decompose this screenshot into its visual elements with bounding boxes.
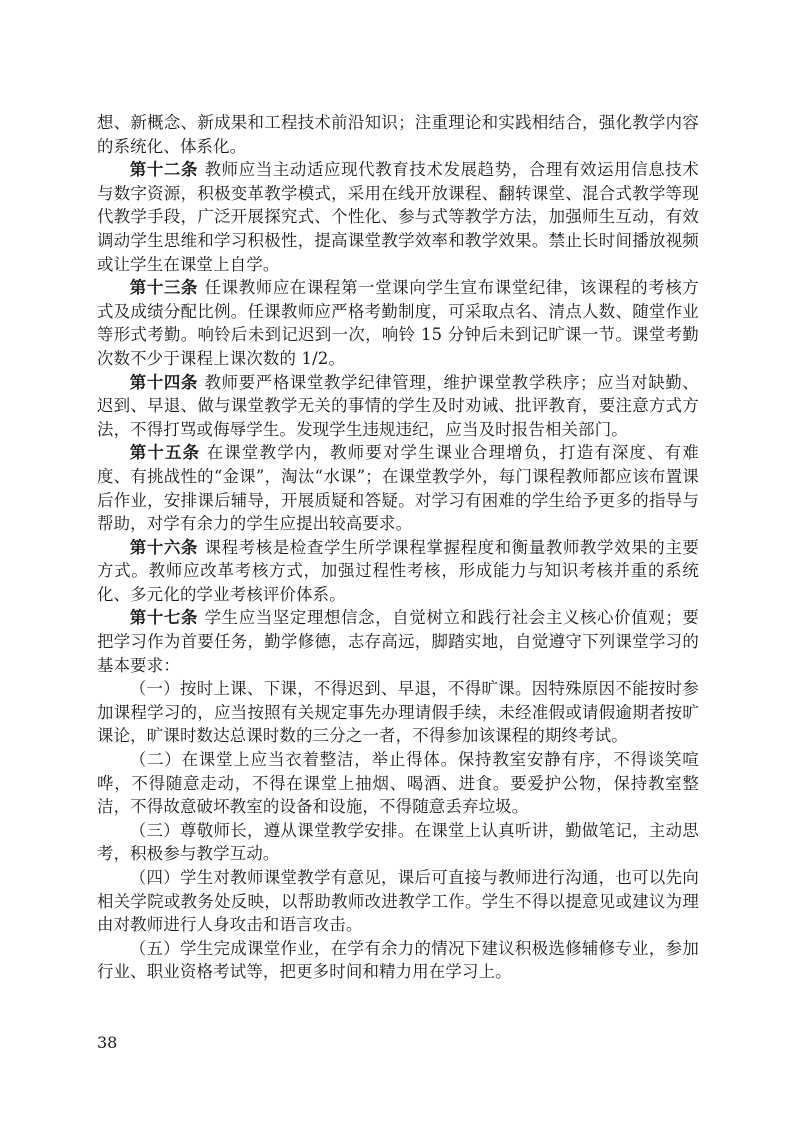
item-text: 学生完成课堂作业，在学有余力的情况下建议积极选修辅修专业，参加行业、职业资格考试… <box>97 939 699 982</box>
article-title: 第十七条 <box>130 608 198 627</box>
item-number: （三） <box>130 821 180 840</box>
item-number: （五） <box>130 939 180 958</box>
article-12: 第十二条教师应当主动适应现代教育技术发展趋势，合理有效运用信息技术与数字资源，积… <box>97 158 699 276</box>
item-number: （一） <box>130 679 180 698</box>
item-number: （四） <box>130 868 180 887</box>
list-item-4: （四）学生对教师课堂教学有意见，课后可直接与教师进行沟通，也可以先向相关学院或教… <box>97 866 699 937</box>
list-item-2: （二）在课堂上应当衣着整洁，举止得体。保持教室安静有序，不得谈笑喧哗，不得随意走… <box>97 748 699 819</box>
item-number: （二） <box>130 750 182 769</box>
item-text: 按时上课、下课，不得迟到、早退，不得旷课。因特殊原因不能按时参加课程学习的，应当… <box>97 679 699 745</box>
article-15: 第十五条在课堂教学内，教师要对学生课业合理增负，打造有深度、有难度、有挑战性的“… <box>97 441 699 535</box>
continuation-paragraph: 想、新概念、新成果和工程技术前沿知识；注重理论和实践相结合，强化教学内容的系统化… <box>97 111 699 158</box>
item-text: 尊敬师长，遵从课堂教学安排。在课堂上认真听讲，勤做笔记，主动思考，积极参与教学互… <box>97 821 699 864</box>
document-page: 想、新概念、新成果和工程技术前沿知识；注重理论和实践相结合，强化教学内容的系统化… <box>97 111 699 984</box>
item-text: 学生对教师课堂教学有意见，课后可直接与教师进行沟通，也可以先向相关学院或教务处反… <box>97 868 699 934</box>
item-text: 在课堂上应当衣着整洁，举止得体。保持教室安静有序，不得谈笑喧哗，不得随意走动，不… <box>97 750 699 816</box>
article-title: 第十五条 <box>130 443 200 462</box>
list-item-3: （三）尊敬师长，遵从课堂教学安排。在课堂上认真听讲，勤做笔记，主动思考，积极参与… <box>97 819 699 866</box>
article-title: 第十四条 <box>130 373 198 392</box>
article-17: 第十七条学生应当坚定理想信念，自觉树立和践行社会主义核心价值观；要把学习作为首要… <box>97 606 699 677</box>
article-14: 第十四条教师要严格课堂教学纪律管理，维护课堂教学秩序；应当对缺勤、迟到、早退、做… <box>97 371 699 442</box>
article-16: 第十六条课程考核是检查学生所学课程掌握程度和衡量教师教学效果的主要方式。教师应改… <box>97 536 699 607</box>
list-item-5: （五）学生完成课堂作业，在学有余力的情况下建议积极选修辅修专业，参加行业、职业资… <box>97 937 699 984</box>
article-title: 第十三条 <box>130 278 198 297</box>
article-title: 第十六条 <box>130 538 198 557</box>
list-item-1: （一）按时上课、下课，不得迟到、早退，不得旷课。因特殊原因不能按时参加课程学习的… <box>97 677 699 748</box>
article-13: 第十三条任课教师应在课程第一堂课向学生宣布课堂纪律，该课程的考核方式及成绩分配比… <box>97 276 699 370</box>
article-title: 第十二条 <box>130 160 198 179</box>
page-number: 38 <box>97 1033 117 1052</box>
